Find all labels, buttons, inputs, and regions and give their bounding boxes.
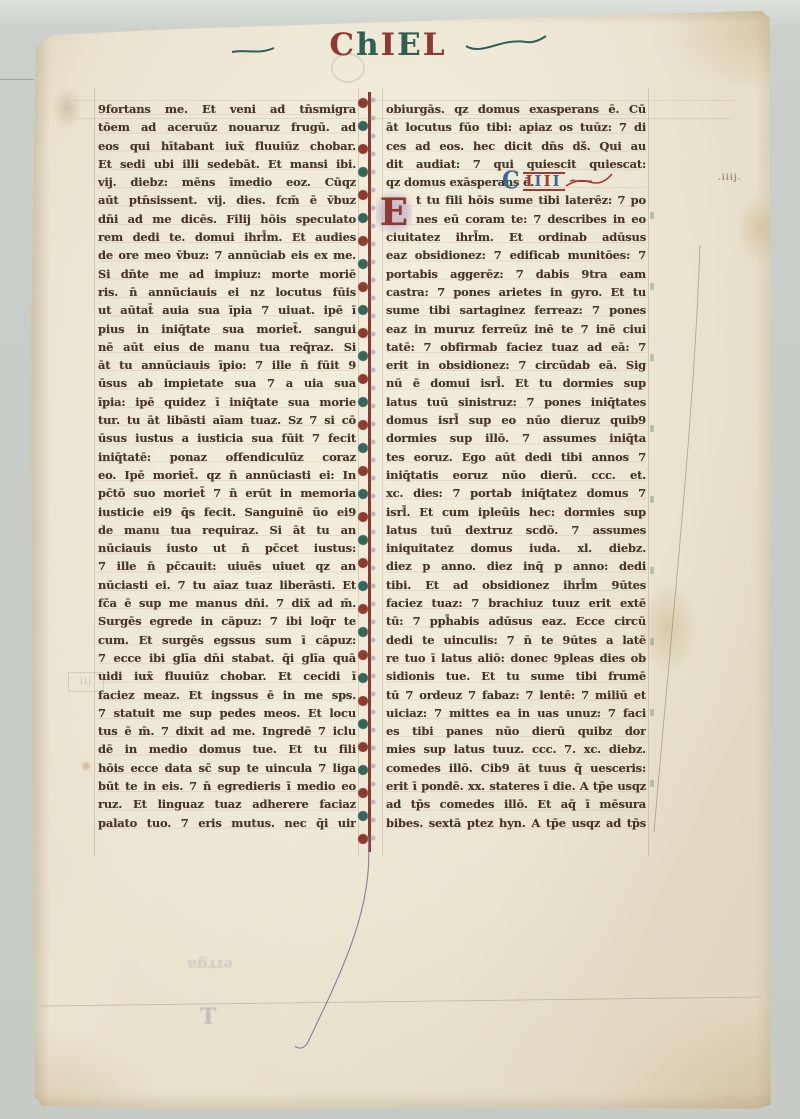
manuscript-page: ChIEL 9fortans me. Et veni ad tn̄smigrat… — [30, 8, 772, 1110]
text-line: iniq̄tatē: ponaz offendiculūz coraz — [98, 448, 356, 466]
chapter-heading: C IIII ~— — [502, 170, 590, 192]
text-line: nū ē domui isrl̄. Et tu dormies sup — [386, 374, 646, 392]
text-line: ris. n̄ annūciauis ei nz locutus fūis — [98, 283, 356, 301]
text-line: pius in iniq̄tate sua moriet̄. sangui — [98, 320, 356, 338]
text-line: dormies sup illō. 7 assumes iniq̄ta — [386, 429, 646, 447]
text-column-left: 9fortans me. Et veni ad tn̄smigratōem ad… — [98, 100, 356, 832]
text-line: iusticie ei9 q̄s fecit. Sanguinē ūo ei9 — [98, 503, 356, 521]
letter: I — [535, 172, 544, 190]
text-line: aūt ptn̄sissent. vij. dies. fcm̄ ē v̄buz — [98, 191, 356, 209]
text-line: pc̄tō suo moriet̄ 7 n̄ erūt in memoria — [98, 484, 356, 502]
paragraph-mark: C — [502, 169, 520, 193]
text-line: latus tuū dextruz scdō. 7 assumes — [386, 521, 646, 539]
text-line: obiurgās. qz domus exasperans ē. Cū — [386, 100, 646, 118]
text-line: eo. Ipē moriet̄. qz n̄ annūciasti ei: In — [98, 466, 356, 484]
text-line: mies sup latus tuuz. ccc. 7. xc. diebz. — [386, 740, 646, 758]
text-line: latus tuū sinistruz: 7 pones iniq̄tates — [386, 393, 646, 411]
text-line: sidionis tue. Et tu sume tibi frumē — [386, 667, 646, 685]
text-line: cum. Et surgēs egssus sum ī cāpuz: — [98, 631, 356, 649]
letter: I — [526, 172, 535, 190]
text-line: comedes illō. Cib9 āt tuus q̄ uesceris: — [386, 759, 646, 777]
text-line: de ore meo v̄buz: 7 annūciab eis ex me. — [98, 246, 356, 264]
stain — [638, 580, 698, 676]
text-line: portabis aggerēz: 7 dabis 9tra eam — [386, 265, 646, 283]
text-line: faciez tuaz: 7 brachiuz tuuz erit extē — [386, 594, 646, 612]
letter: I — [544, 172, 553, 190]
text-line: ces ad eos. hec dicit dn̄s dš. Qui au — [386, 137, 646, 155]
text-line: dedi te uinculis: 7 n̄ te 9ūtes a latē — [386, 631, 646, 649]
text-line: nūciasti ei. 7 tu aīaz tuaz liberāsti. E… — [98, 576, 356, 594]
text-line: tes eoruz. Ego aūt dedi tibi annos 7 — [386, 448, 646, 466]
text-line: āt tu annūciauis īpio: 7 ille n̄ fūit 9 — [98, 356, 356, 374]
text-line: uidi iux̄ fluuiūz chobar. Et cecidi ī — [98, 667, 356, 685]
text-line: tatē: 7 obfirmab faciez tuaz ad eā: 7 — [386, 338, 646, 356]
text-line: 7 statuit me sup pedes meos. Et locu — [98, 704, 356, 722]
text-line: Surgēs egrede in cāpuz: 7 ibi loq̄r te — [98, 612, 356, 630]
text-line: ciuitatez ihrl̄m. Et ordinab adūsus — [386, 228, 646, 246]
text-line: iniquitatez domus iuda. xl. diebz. — [386, 539, 646, 557]
text-line: de manu tua requiraz. Si āt tu an — [98, 521, 356, 539]
text-line: tōem ad aceruūz nouaruz frugū. ad — [98, 118, 356, 136]
text-line: ūsus ab impietate sua 7 a uia sua — [98, 374, 356, 392]
text-line: erit in obsidionez: 7 circūdab eā. Sig — [386, 356, 646, 374]
text-line: tū 7 ordeuz 7 fabaz: 7 lentē: 7 miliū et — [386, 686, 646, 704]
text-line: Si dn̄te me ad impiuz: morte moriē — [98, 265, 356, 283]
text-line: erit ī pondē. xx. stateres ī die. A tp̄e… — [386, 777, 646, 795]
ruling-line — [648, 88, 649, 856]
text-line: palato tuo. 7 eris mutus. nec q̄i uir — [98, 814, 356, 832]
text-line: nē aūt eius de manu tua req̄raz. Si — [98, 338, 356, 356]
text-line: iniq̄tatis eoruz nūo dierū. ccc. et. — [386, 466, 646, 484]
text-line: uiciaz: 7 mittes ea in uas unuz: 7 faci — [386, 704, 646, 722]
line-filler-flourish: ~— — [569, 173, 591, 189]
photo-backdrop: ChIEL 9fortans me. Et veni ad tn̄smigrat… — [0, 0, 800, 1119]
text-line: faciez meaz. Et ingssus ē in me sps. — [98, 686, 356, 704]
ghost-offset-text: errga — [150, 956, 270, 974]
text-line: ruz. Et linguaz tuaz adherere faciaz — [98, 795, 356, 813]
text-line: ut aūtat̄ auia sua īpia 7 uiuat. ipē ī — [98, 301, 356, 319]
text-line: vij. diebz: mēns īmedio eoz. Cūqz — [98, 173, 356, 191]
text-line: īpia: ipē quidez ī iniq̄tate sua morie — [98, 393, 356, 411]
text-line: xc. dies: 7 portab iniq̄tatez domus 7 — [386, 484, 646, 502]
ruling-line — [94, 88, 95, 856]
chapter-initial: E — [376, 191, 412, 235]
text-line: domus isrl̄ sup eo nūo dieruz quib9 — [386, 411, 646, 429]
text-line: būt te in eis. 7 n̄ egredieris ī medio e… — [98, 777, 356, 795]
text-line: Et sedi ubi illi sedebāt. Et mansi ibi. — [98, 155, 356, 173]
text-line: tur. tu āt libāsti aīam tuaz. Sz 7 si cō — [98, 411, 356, 429]
text-line: ad tp̄s comedes illō. Et aq̄ ī mēsura — [386, 795, 646, 813]
text-line: es tibi panes nūo dierū quibz dor — [386, 722, 646, 740]
text-line: eos qui hītabant iux̄ fluuiūz chobar. — [98, 137, 356, 155]
letter: I — [381, 27, 398, 63]
text-line: eaz obsidionez: 7 edificab munitōes: 7 — [386, 246, 646, 264]
text-line: sume tibi sartaginez ferreaz: 7 pones — [386, 301, 646, 319]
text-line: nes eū coram te: 7 describes in eo — [386, 210, 646, 228]
text-line: dē in medio domus tue. Et tu fili — [98, 740, 356, 758]
margin-chapter-mark: .iiij. — [718, 172, 742, 182]
ghost-letter: T — [200, 1004, 216, 1030]
text-line: bibes. sextā ptez hyn. A tp̄e usqz ad tp… — [386, 814, 646, 832]
letter: C — [329, 27, 356, 63]
text-line: re tuo ī latus aliō: donec 9pleas dies o… — [386, 649, 646, 667]
stain — [80, 760, 92, 772]
text-line: dn̄i ad me dicēs. Filij hōis speculato — [98, 210, 356, 228]
text-line: eaz in muruz ferreūz inē te 7 inē ciui — [386, 320, 646, 338]
text-line: nūciauis iusto ut n̄ pc̄cet iustus: — [98, 539, 356, 557]
text-line: ūsus iustus a iusticia sua fūit 7 fecit — [98, 429, 356, 447]
text-column-right: obiurgās. qz domus exasperans ē. Cūāt lo… — [386, 100, 646, 832]
letter: h — [356, 27, 381, 63]
text-line: tibi. Et ad obsidionez ihrl̄m 9ūtes — [386, 576, 646, 594]
text-line: isrl̄. Et cum ipleūis hec: dormies sup — [386, 503, 646, 521]
text-line: 9fortans me. Et veni ad tn̄smigra — [98, 100, 356, 118]
text-line: diez p anno. diez inq̄ p anno: dedi — [386, 557, 646, 575]
letter: E — [397, 27, 423, 63]
text-line: tus ē m̄. 7 dixit ad me. Ingredē 7 iclu — [98, 722, 356, 740]
stain — [736, 194, 780, 264]
text-line: rem dedi te. domui ihrl̄m. Et audies — [98, 228, 356, 246]
text-line: 7 ecce ibi glīa dn̄i stabat. q̄i glīa qu… — [98, 649, 356, 667]
text-line: 7 ille n̄ pc̄cauit: uiuēs uiuet qz an — [98, 557, 356, 575]
text-line: castra: 7 pones arietes in gyro. Et tu — [386, 283, 646, 301]
ghost-stamp: iij — [68, 672, 104, 692]
stain — [52, 86, 82, 130]
text-line: hōis ecce data sc̄ sup te uincula 7 liga — [98, 759, 356, 777]
letter: I — [553, 172, 562, 190]
text-line: fc̄a ē sup me manus dn̄i. 7 dix̄ ad m̄. — [98, 594, 356, 612]
chapter-numeral: IIII — [523, 172, 565, 191]
running-title: ChIEL — [278, 28, 498, 62]
letter: L — [423, 27, 447, 63]
text-line: tū: 7 pph̄abis adūsus eaz. Ecce circū — [386, 612, 646, 630]
text-line: āt locutus fūo tibi: apiaz os tuūz: 7 di — [386, 118, 646, 136]
